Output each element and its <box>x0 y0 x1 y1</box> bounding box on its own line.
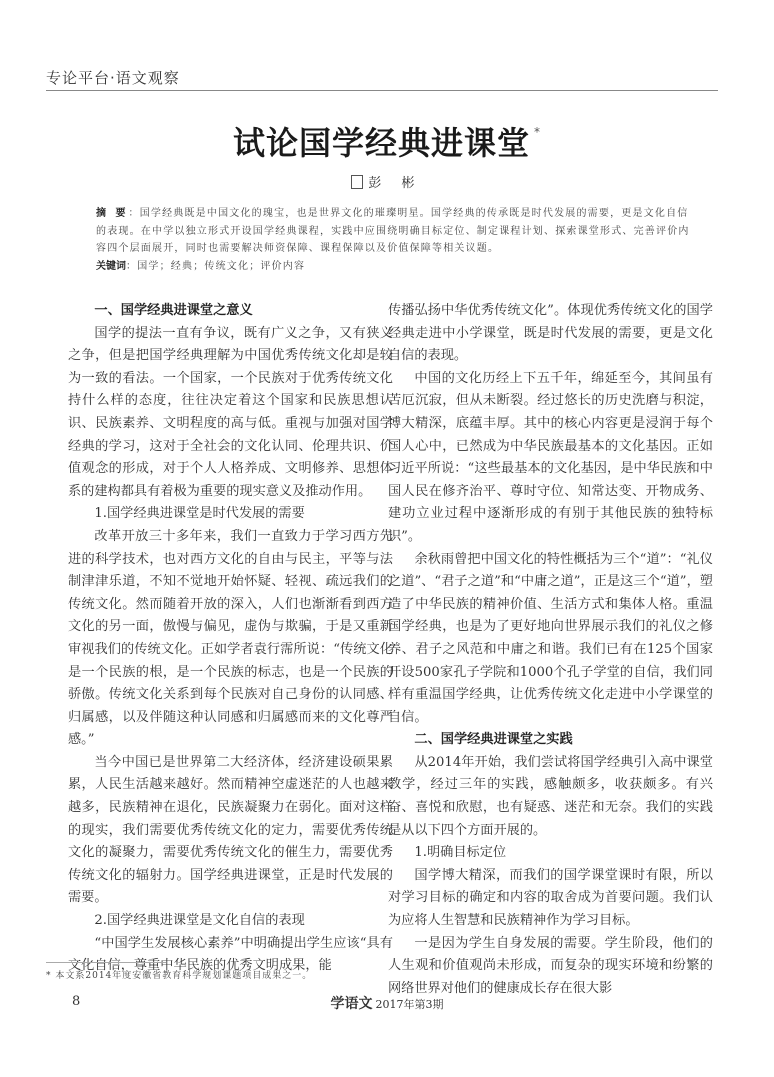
paragraph: 传播弘扬中华优秀传统文化”。体现优秀传统文化的国学经典走进中小学课堂，既是时代发… <box>388 300 713 368</box>
paragraph: 余秋雨曾把中国文化的特性概括为三个“道”：“礼仪之道”、“君子之道”和“中庸之道… <box>388 549 713 730</box>
journal-issue: 2017年第3期 <box>376 998 444 1011</box>
header-rule <box>46 90 718 91</box>
abstract-block: 摘 要：国学经典既是中国文化的瑰宝，也是世界文化的璀璨明星。国学经典的传承既是时… <box>96 205 696 275</box>
title-text: 试论国学经典进课堂 <box>233 124 530 162</box>
journal-info: 学语文2017年第3期 <box>262 993 512 1013</box>
subsection-heading: 1.明确目标定位 <box>388 842 713 865</box>
paragraph: 国学博大精深，而我们的国学课堂课时有限，所以对学习目标的确定和内容的取舍成为首要… <box>388 865 713 933</box>
keywords-label: 关键词 <box>96 261 126 272</box>
author-name: 彭 彬 <box>368 176 422 191</box>
section-heading-1: 一、国学经典进课堂之意义 <box>68 300 393 323</box>
paragraph: 一是因为学生自身发展的需要。学生阶段，他们的人生观和价值观尚未形成，而复杂的现实… <box>388 933 713 1001</box>
article-title: 试论国学经典进课堂* <box>0 118 774 164</box>
running-head: 专论平台·语文观察 <box>46 67 180 88</box>
subsection-heading: 1.国学经典进课堂是时代发展的需要 <box>68 503 393 526</box>
footnote-rule <box>46 962 166 963</box>
right-column: 传播弘扬中华优秀传统文化”。体现优秀传统文化的国学经典走进中小学课堂，既是时代发… <box>388 300 713 1000</box>
author-box-icon <box>351 175 363 189</box>
footnote: * 本文系2014年度安徽省教育科学规划课题项目成果之一。 <box>46 968 312 981</box>
paragraph: 改革开放三十多年来，我们一直致力于学习西方先进的科学技术，也对西方文化的自由与民… <box>68 526 393 752</box>
paragraph: 国学的提法一直有争议，既有广义之争，又有狭义之争，但是把国学经典理解为中国优秀传… <box>68 323 393 504</box>
paragraph: 中国的文化历经上下五千年，绵延至今，其间虽有苦厄沉寂，但从未断裂。经过悠长的历史… <box>388 368 713 549</box>
page-number: 8 <box>72 994 80 1009</box>
abstract: 摘 要：国学经典既是中国文化的瑰宝，也是世界文化的璀璨明星。国学经典的传承既是时… <box>96 205 696 258</box>
title-footnote-mark: * <box>534 125 541 139</box>
paragraph: 当今中国已是世界第二大经济体，经济建设硕果累累，人民生活越来越好。然而精神空虚迷… <box>68 752 393 910</box>
section-heading-2: 二、国学经典进课堂之实践 <box>388 729 713 752</box>
left-column: 一、国学经典进课堂之意义 国学的提法一直有争议，既有广义之争，又有狭义之争，但是… <box>68 300 393 978</box>
paragraph: 从2014年开始，我们尝试将国学经典引入高中课堂教学，经过三年的实践，感触颇多，… <box>388 752 713 842</box>
abstract-label: 摘 要 <box>96 208 128 219</box>
keywords: 关键词：国学；经典；传统文化；评价内容 <box>96 258 696 276</box>
author-line: 彭 彬 <box>0 172 774 191</box>
journal-name: 学语文 <box>331 996 373 1012</box>
subsection-heading: 2.国学经典进课堂是文化自信的表现 <box>68 910 393 933</box>
abstract-text: 国学经典既是中国文化的瑰宝，也是世界文化的璀璨明星。国学经典的传承既是时代发展的… <box>96 208 690 254</box>
keywords-text: 国学；经典；传统文化；评价内容 <box>137 261 305 272</box>
